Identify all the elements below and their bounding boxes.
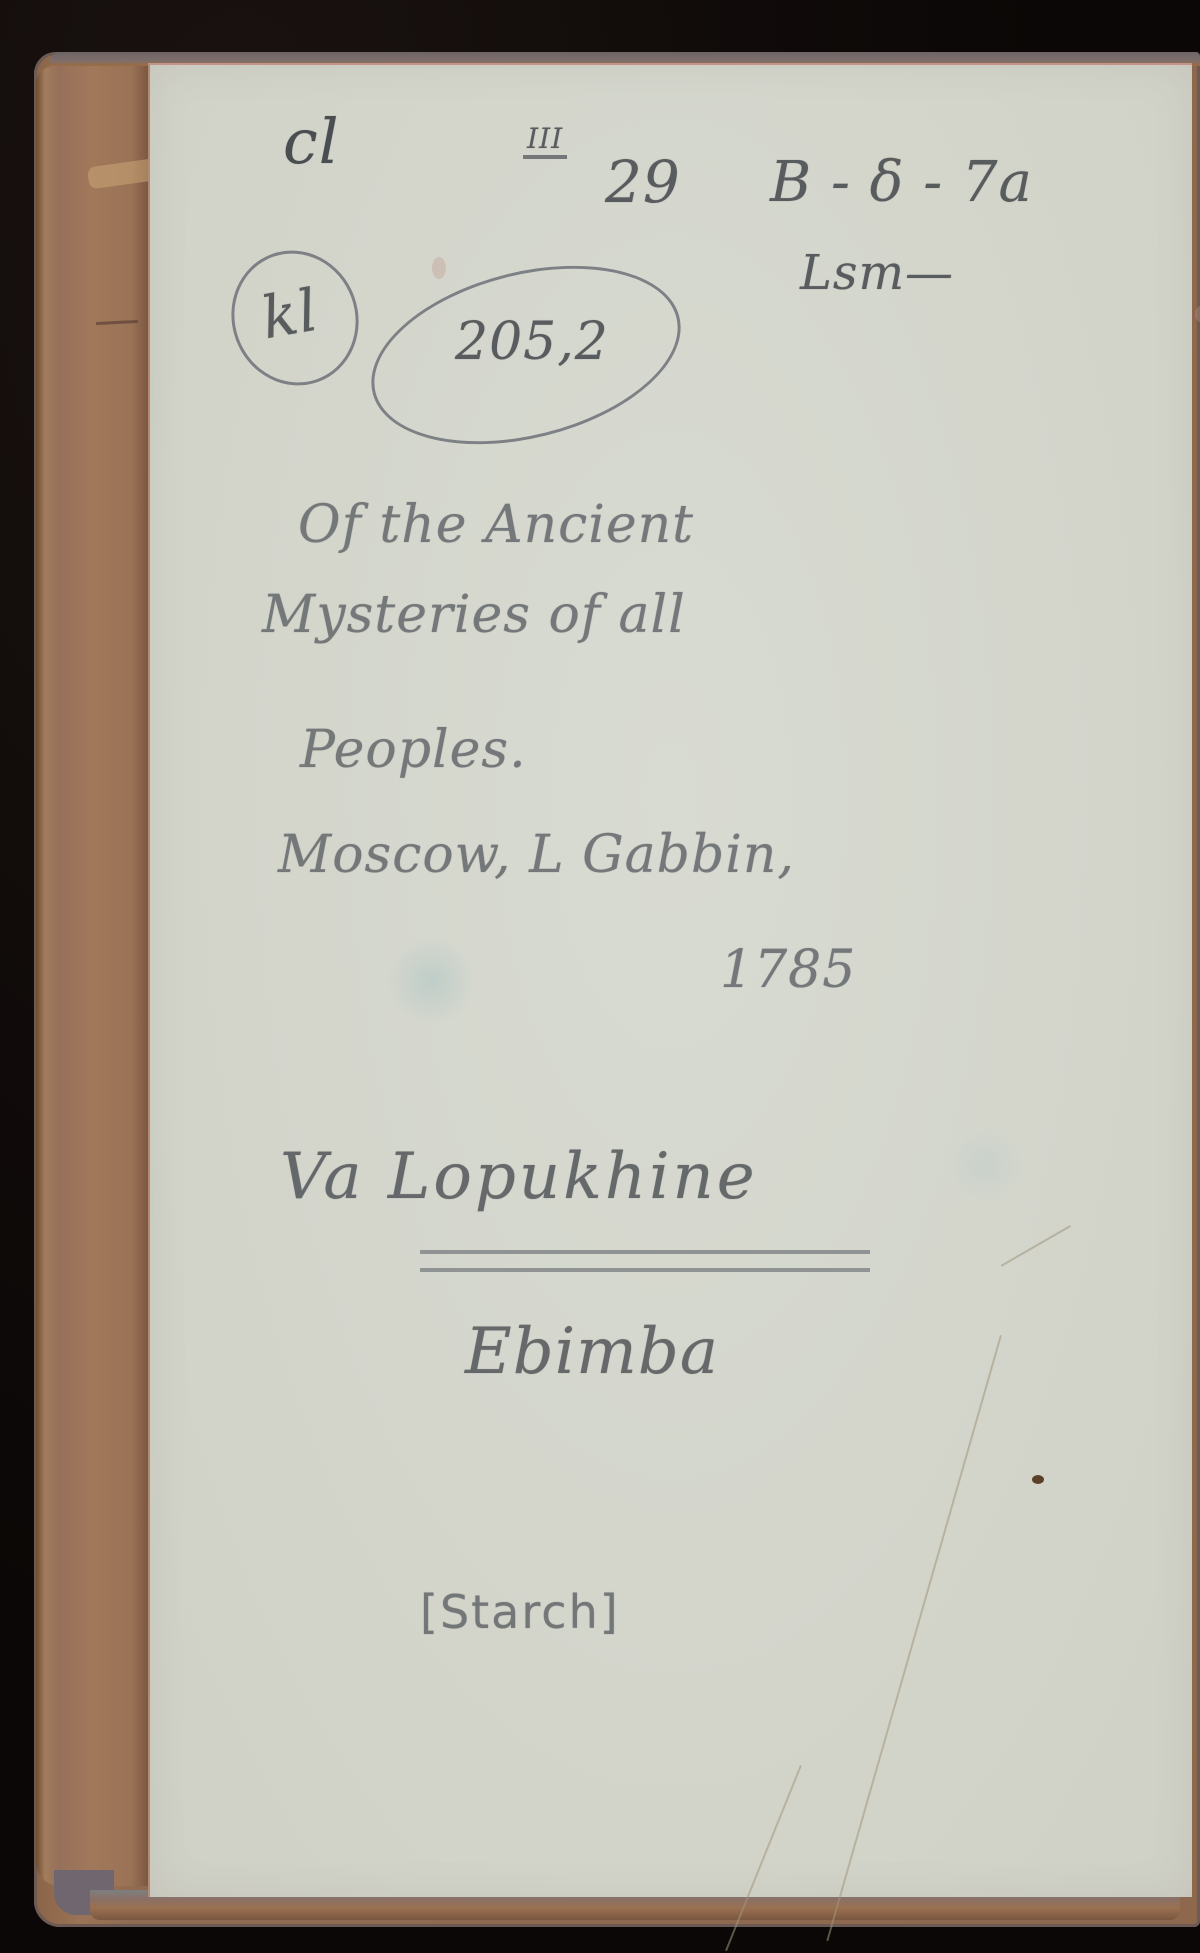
title-line: Peoples. bbox=[300, 720, 527, 780]
inscription-script: Ebimba bbox=[465, 1315, 719, 1389]
inscription-below-shelfmark: Lsm— bbox=[800, 245, 954, 301]
inscription-circled-small: kl bbox=[257, 276, 324, 353]
inscription-cl: cl bbox=[283, 105, 340, 178]
binding-crease bbox=[96, 320, 138, 325]
title-line: Moscow, L Gabbin, bbox=[278, 825, 795, 885]
paper-crease bbox=[826, 1335, 1002, 1941]
title-line: Mysteries of all bbox=[262, 585, 686, 645]
foxing-stain bbox=[432, 257, 446, 279]
title-line: Of the Ancient bbox=[298, 495, 694, 555]
inscription-name: Va Lopukhine bbox=[280, 1140, 758, 1214]
inscription-shelfmark: B - δ - 7a bbox=[770, 150, 1033, 215]
inscription-roman-numeral: III bbox=[523, 122, 567, 159]
photograph-scene: cl III 29 B - δ - 7a Lsm— kl 205,2 Of th… bbox=[0, 0, 1200, 1953]
title-line-year: 1785 bbox=[720, 940, 856, 1000]
bracket-note: [Starch] bbox=[420, 1585, 620, 1639]
ink-spot bbox=[1032, 1475, 1044, 1484]
inscription-number: 29 bbox=[605, 148, 681, 216]
book-spine-binding bbox=[36, 66, 148, 1886]
double-underline bbox=[420, 1250, 870, 1272]
inscription-circled-number: 205,2 bbox=[455, 312, 609, 372]
paper-crease bbox=[1001, 1225, 1071, 1267]
